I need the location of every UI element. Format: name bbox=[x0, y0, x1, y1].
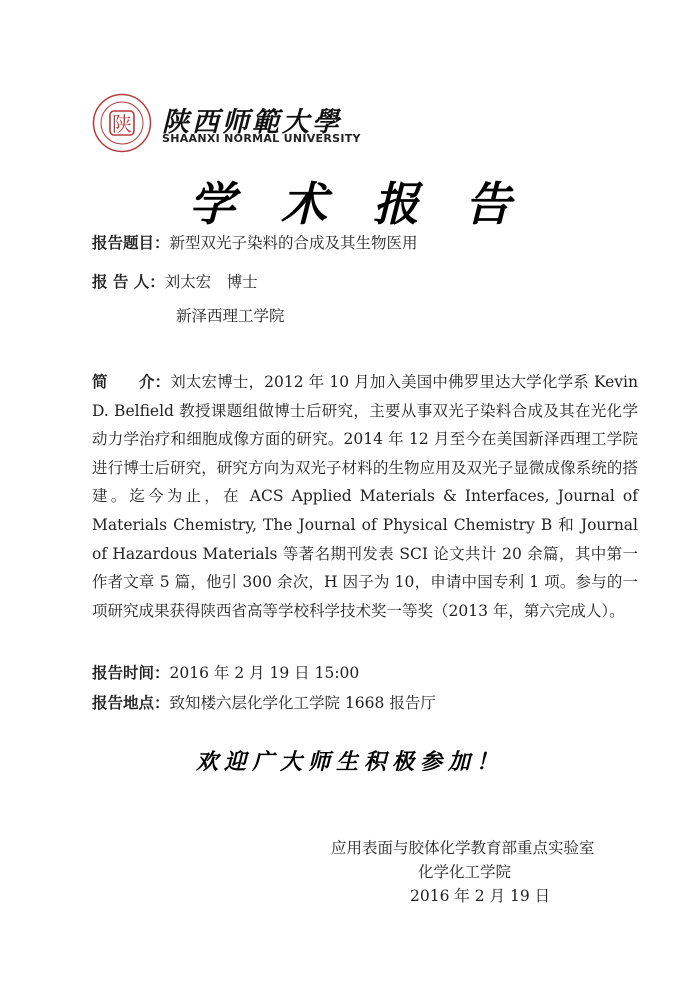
intro-label: 简 介： bbox=[92, 373, 170, 391]
footer-org: 应用表面与胶体化学教育部重点实验室 bbox=[331, 836, 595, 858]
footer-college: 化学化工学院 bbox=[418, 860, 511, 882]
welcome-message: 欢迎广大师生积极参加！ bbox=[0, 745, 700, 776]
topic-label: 报告题目： bbox=[92, 234, 170, 252]
topic-row: 报告题目：新型双光子染料的合成及其生物医用 bbox=[92, 233, 418, 253]
university-seal-icon: 陕 bbox=[92, 93, 152, 153]
time-label: 报告时间： bbox=[92, 664, 170, 682]
time-value: 2016 年 2 月 19 日 15:00 bbox=[170, 664, 360, 682]
svg-text:陕: 陕 bbox=[112, 112, 132, 136]
speaker-row: 报 告 人：刘太宏 博士 bbox=[92, 272, 258, 292]
speaker-bio: 简 介：刘太宏博士，2012 年 10 月加入美国中佛罗里达大学化学系 Kevi… bbox=[92, 368, 638, 625]
location-row: 报告地点：致知楼六层化学化工学院 1668 报告厅 bbox=[92, 693, 436, 713]
footer-date: 2016 年 2 月 19 日 bbox=[410, 884, 550, 906]
speaker-value: 刘太宏 博士 bbox=[165, 273, 258, 291]
location-label: 报告地点： bbox=[92, 694, 170, 712]
university-name-en: SHAANXI NORMAL UNIVERSITY bbox=[162, 132, 361, 145]
topic-value: 新型双光子染料的合成及其生物医用 bbox=[170, 234, 418, 252]
speaker-label: 报 告 人： bbox=[92, 273, 165, 291]
affiliation-value: 新泽西理工学院 bbox=[176, 307, 285, 325]
intro-text: 刘太宏博士，2012 年 10 月加入美国中佛罗里达大学化学系 Kevin D.… bbox=[92, 373, 638, 620]
location-value: 致知楼六层化学化工学院 1668 报告厅 bbox=[170, 694, 436, 712]
time-row: 报告时间：2016 年 2 月 19 日 15:00 bbox=[92, 663, 359, 683]
speaker-affiliation: 新泽西理工学院 bbox=[176, 306, 285, 326]
page-title: 学术报告 bbox=[0, 168, 700, 234]
